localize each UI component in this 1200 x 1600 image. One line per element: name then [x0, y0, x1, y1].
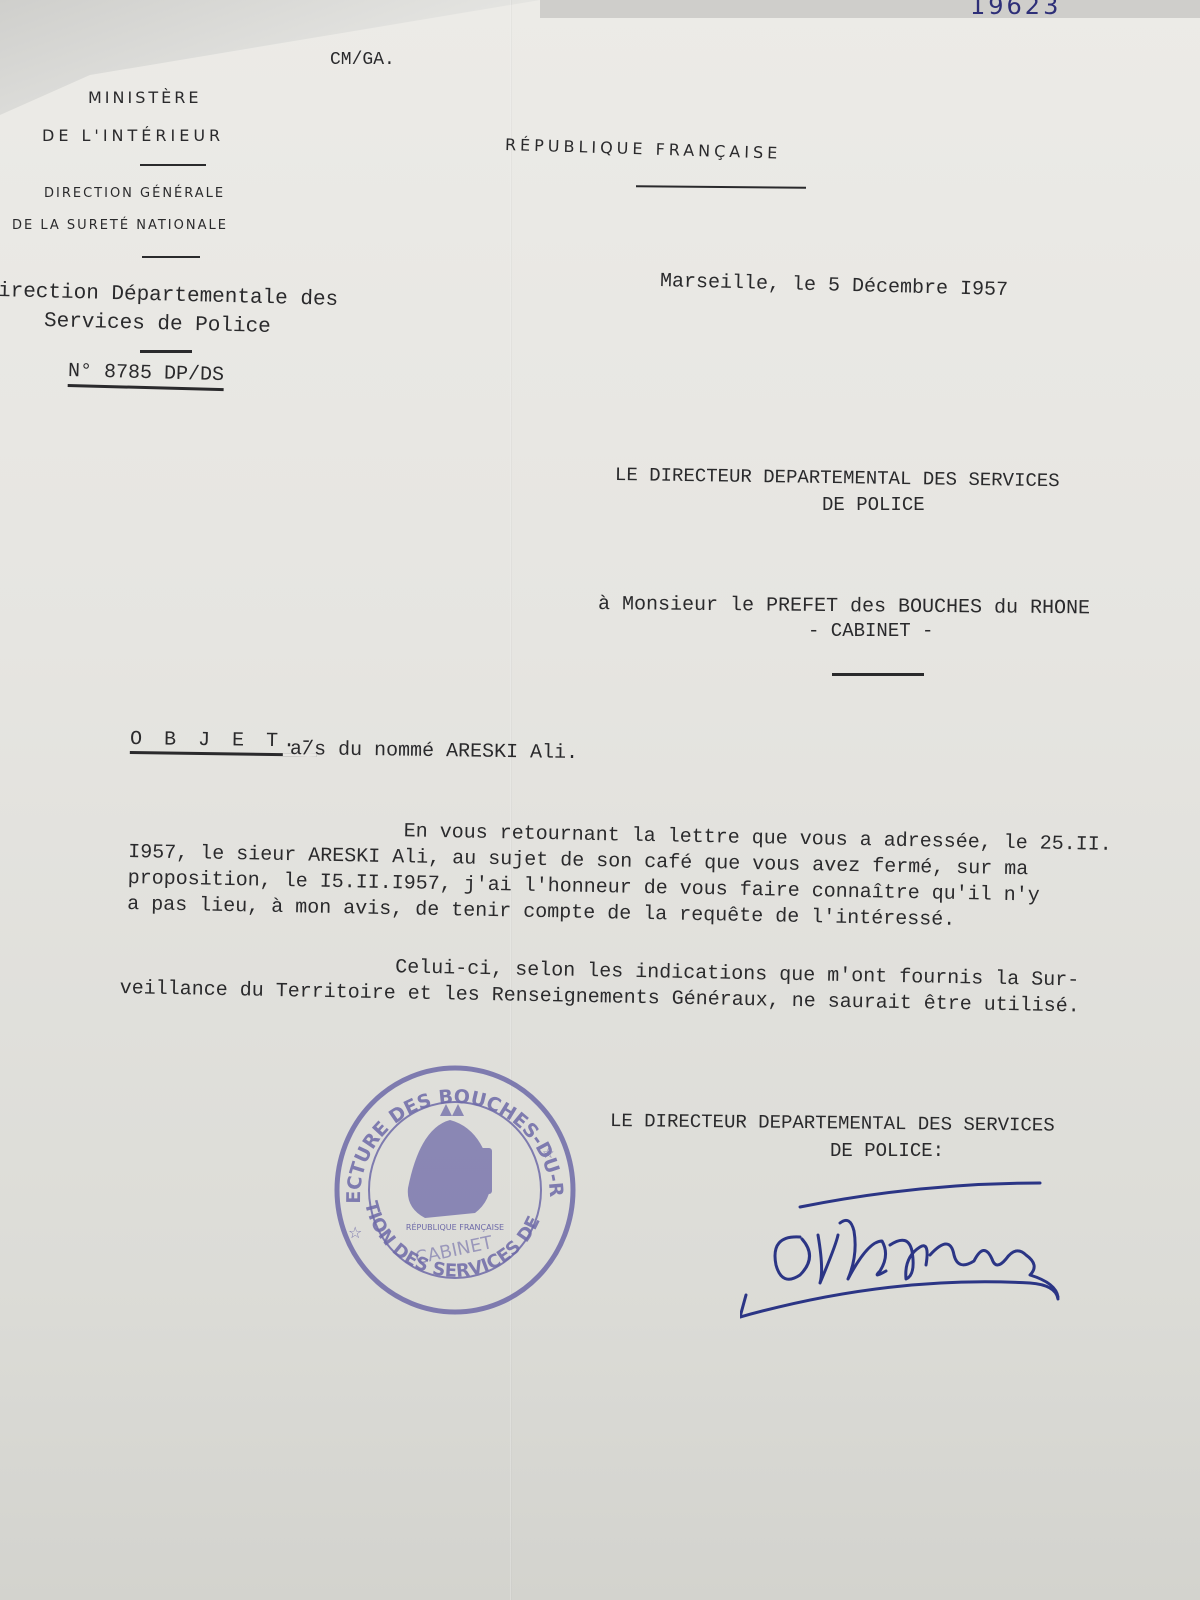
- body-paragraph-1: En vous retournant la lettre que vous a …: [127, 814, 1189, 938]
- recipient-line2: - CABINET -: [808, 620, 933, 642]
- body-paragraph-2: Celui-ci, selon les indications que m'on…: [120, 950, 1191, 1023]
- svg-text:RÉPUBLIQUE FRANÇAISE: RÉPUBLIQUE FRANÇAISE: [406, 1221, 504, 1232]
- sender-line2: DE POLICE: [822, 494, 925, 516]
- paper-fold: [510, 0, 512, 1600]
- paper-curl: [0, 0, 540, 130]
- divider: [142, 256, 200, 258]
- divider: [140, 350, 192, 353]
- signature-title-line1: LE DIRECTEUR DEPARTEMENTAL DES SERVICES: [610, 1110, 1055, 1137]
- direction-departementale-line1: irection Départementale des: [0, 280, 338, 312]
- direction-generale-line1: DIRECTION GÉNÉRALE: [44, 186, 225, 201]
- direction-generale-line2: DE LA SURETÉ NATIONALE: [12, 218, 228, 233]
- letter-date: Marseille, le 5 Décembre I957: [660, 270, 1009, 302]
- svg-text:☆: ☆: [348, 1223, 362, 1242]
- letter-paper: 19623 CM/GA. MINISTÈRE DE L'INTÉRIEUR DI…: [0, 0, 1200, 1600]
- archive-number: 19623: [970, 0, 1061, 20]
- reference-initials: CM/GA.: [330, 50, 395, 70]
- divider: [140, 164, 206, 166]
- divider: [832, 673, 924, 676]
- objet-text: a/s du nommé ARESKI Ali.: [290, 738, 578, 765]
- sender-line1: LE DIRECTEUR DEPARTEMENTAL DES SERVICES: [615, 464, 1060, 492]
- paper-top-edge: [540, 0, 1200, 18]
- ministry-line1: MINISTÈRE: [88, 88, 201, 107]
- direction-departementale-line2: Services de Police: [44, 310, 271, 339]
- signature-title-line2: DE POLICE:: [830, 1140, 944, 1162]
- divider: [636, 185, 806, 188]
- handwritten-signature-icon: [740, 1175, 1080, 1325]
- republique-francaise: RÉPUBLIQUE FRANÇAISE: [505, 135, 782, 163]
- recipient-line1: à Monsieur le PREFET des BOUCHES du RHON…: [598, 593, 1090, 620]
- ministry-line2: DE L'INTÉRIEUR: [42, 126, 224, 145]
- prefecture-stamp-icon: PRÉFECTURE DES BOUCHES-DU-RHONE DIRECTIO…: [330, 1058, 580, 1318]
- svg-text:☆: ☆: [542, 1146, 555, 1162]
- document-number: N° 8785 DP/DS: [68, 360, 225, 391]
